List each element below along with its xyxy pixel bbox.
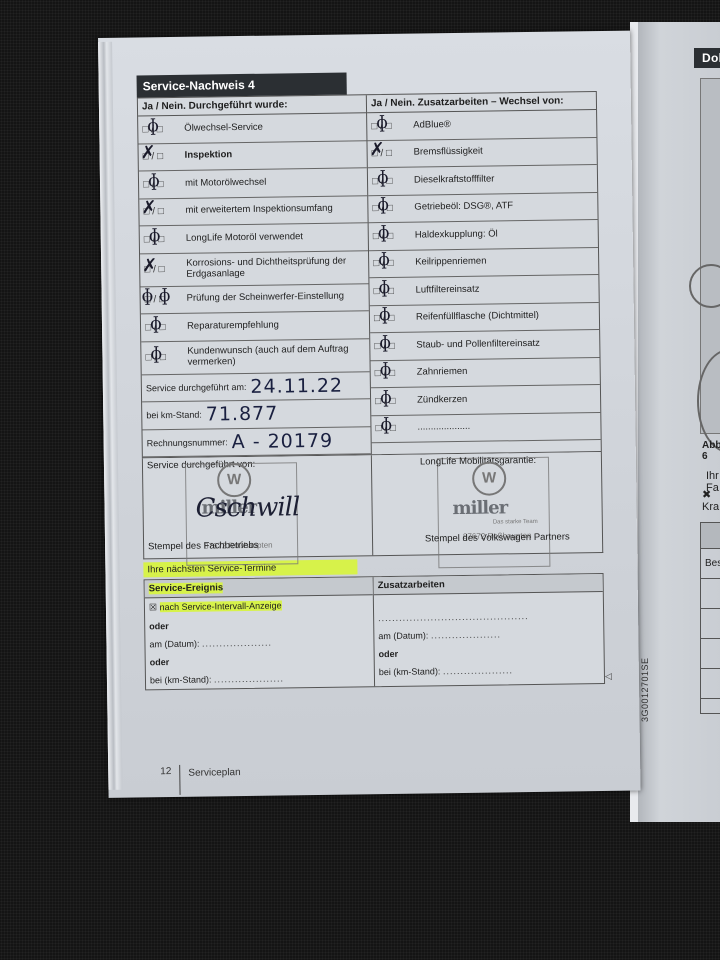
checklist-row: □ / □ɸÖlwechsel-Service bbox=[138, 113, 366, 144]
yes-no-checkbox[interactable]: □ / □ɸ bbox=[138, 124, 178, 136]
checklist-label: LongLife Motoröl verwendet bbox=[180, 231, 368, 245]
checklist-row: □ / □ɸAdBlue® bbox=[367, 110, 596, 141]
check-mark-no-icon: ɸ bbox=[379, 333, 391, 353]
next-km-field[interactable]: bei (km-Stand): .................... bbox=[375, 660, 604, 681]
check-mark-no-icon: ɸ bbox=[377, 195, 389, 215]
section-name: Serviceplan bbox=[180, 767, 240, 779]
page-number: 12 bbox=[160, 765, 181, 795]
workshop-stamp-label: Stempel des Fachbetriebs bbox=[148, 540, 259, 553]
checklist-row: □ / □ɸDieselkraftstofffilter bbox=[368, 165, 597, 196]
checklist-row: □ / □ɸZündkerzen bbox=[371, 385, 600, 416]
yes-no-checkbox[interactable]: □ / □ɸ bbox=[368, 203, 408, 215]
check-mark-yes-icon: ✗ bbox=[140, 142, 155, 163]
checklist-label: Bremsflüssigkeit bbox=[408, 145, 597, 159]
check-mark-no-icon: ɸ bbox=[380, 415, 392, 435]
right-page: Dok Abb. 6 Ihr Fa ✖ Kra Besch 3G0012701S… bbox=[630, 22, 720, 822]
stamp-section: Service durchgeführt von: W miller 87672… bbox=[142, 452, 603, 559]
check-mark-no-icon: ɸ bbox=[378, 278, 390, 298]
yes-no-checkbox[interactable]: □ / □ɸ bbox=[368, 175, 408, 187]
extra-work-next-header: Zusatzarbeiten bbox=[374, 574, 603, 595]
checklist-label: Prüfung der Scheinwerfer-Einstellung bbox=[181, 292, 369, 306]
page-edge bbox=[98, 42, 122, 790]
service-date-field[interactable]: Service durchgeführt am: 24.11.22 bbox=[142, 372, 370, 403]
service-date-label: Service durchgeführt am: bbox=[146, 382, 247, 393]
table-row bbox=[701, 579, 720, 609]
checklist-label: Haldexkupplung: Öl bbox=[409, 228, 598, 242]
checklist-row: □ / □ɸKeilrippenriemen bbox=[369, 248, 598, 279]
checklist-row: □ / □ɸReparaturempfehlung bbox=[141, 311, 369, 342]
checklist-label: Kundenwunsch (auch auf dem Auftrag verme… bbox=[181, 344, 369, 368]
checklist-row: □ / □ɸStaub- und Pollenfiltereinsatz bbox=[370, 330, 599, 361]
service-event-column: Service-Ereignis ☒ nach Service-Interval… bbox=[145, 577, 375, 689]
check-mark-no-icon: ɸ bbox=[380, 388, 392, 408]
yes-no-checkbox[interactable]: □ / □ɸ bbox=[369, 230, 409, 242]
extra-work-column: Ja / Nein. Zusatzarbeiten – Wechsel von:… bbox=[367, 92, 601, 454]
invoice-label: Rechnungsnummer: bbox=[147, 437, 228, 448]
signature: Cschwill bbox=[195, 492, 299, 523]
checklist-row: □ / □ɸReifenfüllflasche (Dichtmittel) bbox=[370, 303, 599, 334]
checkbox-checked-icon[interactable]: ☒ bbox=[149, 602, 160, 612]
right-page-title: Dok bbox=[694, 48, 720, 68]
partner-stamp-cell: LongLife Mobilitätsgarantie: W miller Da… bbox=[372, 452, 602, 555]
yes-no-checkbox[interactable]: □ / □ɸ bbox=[371, 423, 411, 435]
checklist-label: mit Motorölwechsel bbox=[179, 176, 367, 190]
yes-no-checkbox[interactable]: □ / □ɸ bbox=[369, 258, 409, 270]
yes-no-checkbox[interactable]: □ / □ɸ bbox=[371, 368, 411, 380]
yes-no-checkbox[interactable]: □ / □ɸ bbox=[139, 179, 179, 191]
workshop-stamp-cell: Service durchgeführt von: W miller 87672… bbox=[143, 455, 373, 558]
document-code: 3G0012701SE bbox=[640, 657, 650, 722]
checklist-row: □ / □✗mit erweitertem Inspektionsumfang bbox=[139, 196, 367, 227]
check-mark-no-icon: ɸ bbox=[149, 226, 161, 246]
checklist-label: Dieselkraftstofffilter bbox=[408, 173, 597, 187]
checklist-label: .................... bbox=[411, 420, 600, 434]
yes-no-checkbox[interactable]: □ / □✗ bbox=[139, 151, 179, 163]
checklist-label: Inspektion bbox=[179, 149, 367, 163]
checklist-row: □ / □ɸ ɸPrüfung der Scheinwerfer-Einstel… bbox=[140, 284, 368, 315]
extra-work-next-column: Zusatzarbeiten .........................… bbox=[374, 574, 604, 686]
yes-no-checkbox[interactable]: □ / □✗ bbox=[139, 206, 179, 218]
checklist-label: Korrosions- und Dichtheitsprüfung der Er… bbox=[180, 256, 368, 280]
page-footer: 12 Serviceplan bbox=[160, 764, 241, 795]
stamp-tagline: Das starke Team bbox=[493, 519, 538, 526]
yes-no-checkbox[interactable]: □ / □ɸ bbox=[371, 395, 411, 407]
checklist-row: □ / □ɸZahnriemen bbox=[371, 358, 600, 389]
yes-no-checkbox[interactable]: □ / □✗ bbox=[368, 148, 408, 160]
checklist-row: □ / □✗Inspektion bbox=[138, 141, 366, 172]
yes-no-checkbox[interactable]: □ / □ɸ bbox=[370, 313, 410, 325]
form-title: Service-Nachweis 4 bbox=[137, 73, 347, 98]
checklist-row: □ / □ɸmit Motorölwechsel bbox=[139, 168, 367, 199]
service-record-form: Service-Nachweis 4 Ja / Nein. Durchgefüh… bbox=[137, 69, 606, 690]
checklist-row: □ / □ɸ.................... bbox=[371, 413, 600, 444]
check-mark-yes-icon: ✗ bbox=[369, 139, 384, 160]
service-date-value[interactable]: 24.11.22 bbox=[250, 374, 343, 397]
check-mark-no-icon: ɸ bbox=[378, 250, 390, 270]
table-row bbox=[701, 669, 720, 699]
km-label: bei km-Stand: bbox=[146, 410, 202, 421]
partner-stamp-label: Stempel des Volkswagen Partners bbox=[425, 531, 570, 544]
table-row: Besch bbox=[701, 549, 720, 579]
km-value[interactable]: 71.877 bbox=[206, 403, 279, 426]
check-mark-yes-icon: ✗ bbox=[142, 255, 157, 276]
yes-no-checkbox[interactable]: □ / □ɸ bbox=[141, 352, 181, 364]
check-mark-no-icon: ɸ bbox=[150, 314, 162, 334]
checklist-label: Zündkerzen bbox=[411, 393, 600, 407]
invoice-field[interactable]: Rechnungsnummer: A - 20179 bbox=[142, 427, 370, 458]
check-mark-no-icon: ɸ bbox=[380, 360, 392, 380]
yes-no-checkbox[interactable]: □ / □ɸ bbox=[369, 285, 409, 297]
checklist-label: Reifenfüllflasche (Dichtmittel) bbox=[410, 310, 599, 324]
check-mark-no-icon: ɸ bbox=[148, 171, 160, 191]
next-service-table: Service-Ereignis ☒ nach Service-Interval… bbox=[144, 573, 606, 690]
checklist-label: Reparaturempfehlung bbox=[181, 319, 369, 333]
checklist-row: □ / □ɸGetriebeöl: DSG®, ATF bbox=[368, 193, 597, 224]
check-mark-no-icon: ɸ bbox=[376, 113, 388, 133]
yes-no-checkbox[interactable]: □ / □ɸ bbox=[370, 340, 410, 352]
right-page-table: Besch bbox=[700, 522, 720, 714]
yes-no-checkbox[interactable]: □ / □ɸ bbox=[367, 120, 407, 132]
km-field[interactable]: bei km-Stand: 71.877 bbox=[142, 399, 370, 430]
check-mark-no-icon: ɸ bbox=[378, 223, 390, 243]
yes-no-checkbox[interactable]: □ / □ɸ bbox=[141, 322, 181, 334]
right-page-text: ✖ Kra bbox=[702, 488, 720, 513]
checklist-row: □ / □ɸHaldexkupplung: Öl bbox=[369, 220, 598, 251]
check-mark-no-icon: ɸ bbox=[379, 305, 391, 325]
checklist-label: Staub- und Pollenfiltereinsatz bbox=[410, 338, 599, 352]
figure-caption: Abb. 6 bbox=[702, 440, 720, 462]
stamp-brand: miller bbox=[452, 497, 507, 519]
service-checklist: Ja / Nein. Durchgeführt wurde: □ / □ɸÖlw… bbox=[137, 91, 602, 458]
table-header bbox=[701, 523, 720, 549]
checklist-row: □ / □ɸLuftfiltereinsatz bbox=[369, 275, 598, 306]
yes-no-checkbox[interactable]: □ / □ɸ bbox=[140, 234, 180, 246]
checklist-row: □ / □✗Bremsflüssigkeit bbox=[367, 138, 596, 169]
table-row bbox=[701, 609, 720, 639]
page-turn-arrow-icon: ◁ bbox=[605, 671, 612, 682]
check-mark-no-icon: ɸ bbox=[377, 168, 389, 188]
checklist-row: □ / □ɸKundenwunsch (auch auf dem Auftrag… bbox=[141, 339, 369, 375]
checklist-label: AdBlue® bbox=[407, 118, 596, 132]
checklist-label: mit erweitertem Inspektionsumfang bbox=[179, 204, 367, 218]
illustration-shape bbox=[689, 264, 720, 308]
checklist-label: Getriebeöl: DSG®, ATF bbox=[408, 200, 597, 214]
illustration-shape bbox=[697, 349, 720, 453]
performed-column: Ja / Nein. Durchgeführt wurde: □ / □ɸÖlw… bbox=[138, 95, 372, 457]
check-mark-yes-icon: ✗ bbox=[141, 197, 156, 218]
checklist-label: Luftfiltereinsatz bbox=[409, 283, 598, 297]
checklist-label: Zahnriemen bbox=[411, 365, 600, 379]
check-mark-no-icon: ɸ bbox=[147, 116, 159, 136]
yes-no-checkbox[interactable]: □ / □✗ bbox=[140, 264, 180, 276]
next-km-field[interactable]: bei (km-Stand): .................... bbox=[146, 668, 374, 689]
checklist-label: Ölwechsel-Service bbox=[178, 121, 366, 135]
yes-no-checkbox[interactable]: □ / □ɸ ɸ bbox=[141, 294, 181, 306]
table-row bbox=[701, 639, 720, 669]
booklet-page: Service-Nachweis 4 Ja / Nein. Durchgefüh… bbox=[98, 31, 641, 798]
checklist-row: □ / □ɸLongLife Motoröl verwendet bbox=[140, 223, 368, 254]
invoice-value[interactable]: A - 20179 bbox=[232, 430, 334, 453]
checklist-label: Keilrippenriemen bbox=[409, 255, 598, 269]
checklist-row: □ / □✗Korrosions- und Dichtheitsprüfung … bbox=[140, 251, 368, 287]
figure-illustration bbox=[700, 78, 720, 434]
check-mark-no-icon: ɸ bbox=[150, 344, 162, 364]
check-mark-both-icon: ɸ ɸ bbox=[141, 286, 170, 306]
